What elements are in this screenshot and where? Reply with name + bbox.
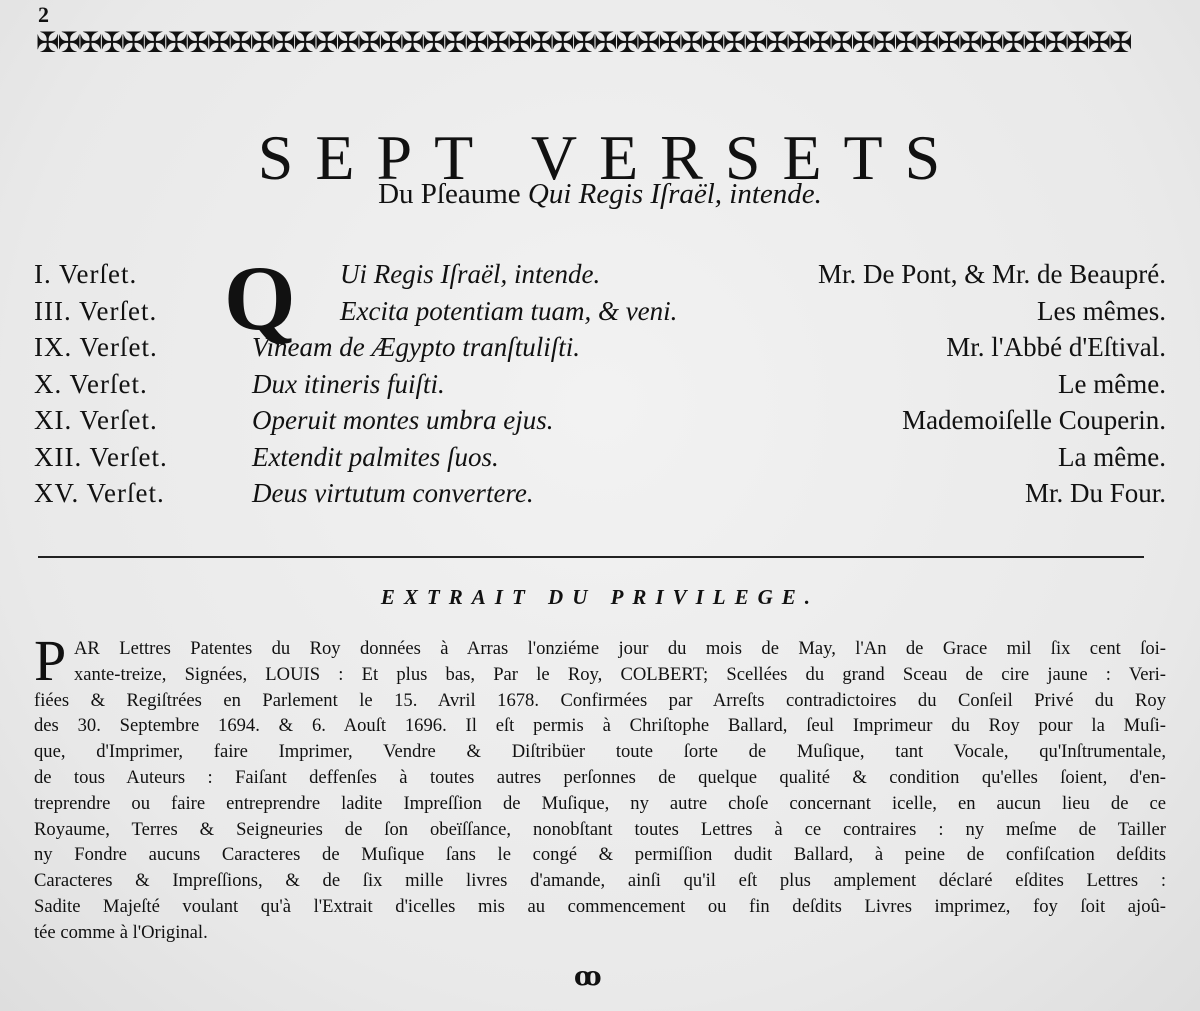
- privilege-title: EXTRAIT DU PRIVILEGE.: [0, 585, 1200, 610]
- subtitle-prefix: Du Pſeaume: [378, 178, 528, 210]
- verse-text: Operuit montes umbra ejus.: [252, 402, 553, 438]
- subtitle: Du Pſeaume Qui Regis Iſraël, intende.: [0, 178, 1200, 211]
- verse-singer: Mr. De Pont, & Mr. de Beaupré.: [818, 256, 1166, 292]
- verse-number: XV. Verſet.: [34, 475, 165, 511]
- verse-number: I. Verſet.: [34, 256, 137, 292]
- verse-text: Excita potentiam tuam, & veni.: [340, 293, 677, 329]
- verse-number: X. Verſet.: [34, 366, 148, 402]
- privilege-line: de tous Auteurs : Faiſant deffenſes à to…: [34, 765, 1166, 791]
- privilege-body: AR Lettres Patentes du Roy données à Arr…: [34, 636, 1166, 946]
- section-divider: [38, 556, 1144, 558]
- verse-row: XII. Verſet. Extendit palmites ſuos. La …: [34, 439, 1166, 476]
- privilege-line: Royaume, Terres & Seigneuries de ſon obe…: [34, 817, 1166, 843]
- verse-row: I. Verſet. Ui Regis Iſraël, intende. Mr.…: [34, 256, 1166, 293]
- verse-text: Vineam de Ægypto tranſtuliſti.: [252, 329, 580, 365]
- verse-text: Extendit palmites ſuos.: [252, 439, 499, 475]
- verse-number: XI. Verſet.: [34, 402, 158, 438]
- verse-row: X. Verſet. Dux itineris fuiſti. Le même.: [34, 366, 1166, 403]
- ornament-band-icon: ✠✠✠✠✠✠✠✠✠✠✠✠✠✠✠✠✠✠✠✠✠✠✠✠✠✠✠✠✠✠✠✠✠✠✠✠✠✠✠✠…: [36, 28, 1166, 58]
- privilege-line: treprendre ou faire entreprendre ladite …: [34, 791, 1166, 817]
- privilege-line: des 30. Septembre 1694. & 6. Aouſt 1696.…: [34, 713, 1166, 739]
- verse-singer: Mr. Du Four.: [1025, 475, 1166, 511]
- privilege-line: tée comme à l'Original.: [34, 920, 1166, 946]
- verse-text: Dux itineris fuiſti.: [252, 366, 445, 402]
- privilege-line: Sadite Majeſté voulant qu'à l'Extrait d'…: [34, 894, 1166, 920]
- fleuron-ornament-icon: ꝏ: [574, 962, 602, 992]
- verse-row: XI. Verſet. Operuit montes umbra ejus. M…: [34, 402, 1166, 439]
- privilege-line: xante-treize, Signées, LOUIS : Et plus b…: [34, 662, 1166, 688]
- verse-number: XII. Verſet.: [34, 439, 168, 475]
- privilege-line: Caracteres & Impreſſions, & de ſix mille…: [34, 868, 1166, 894]
- document-page: 2 ✠✠✠✠✠✠✠✠✠✠✠✠✠✠✠✠✠✠✠✠✠✠✠✠✠✠✠✠✠✠✠✠✠✠✠✠✠✠…: [0, 0, 1200, 1011]
- privilege-line: fiées & Regiſtrées en Parlement le 15. A…: [34, 688, 1166, 714]
- subtitle-psalm: Qui Regis Iſraël, intende.: [528, 178, 822, 210]
- page-number: 2: [38, 2, 49, 28]
- verse-number: III. Verſet.: [34, 293, 157, 329]
- verse-text: Ui Regis Iſraël, intende.: [340, 256, 600, 292]
- privilege-line: AR Lettres Patentes du Roy données à Arr…: [34, 636, 1166, 662]
- verse-singer: Le même.: [1058, 366, 1166, 402]
- verse-list: I. Verſet. Ui Regis Iſraël, intende. Mr.…: [34, 256, 1166, 512]
- verse-singer: Mr. l'Abbé d'Eſtival.: [946, 329, 1166, 365]
- verse-row: IX. Verſet. Vineam de Ægypto tranſtuliſt…: [34, 329, 1166, 366]
- privilege-line: ny Fondre aucuns Caracteres de Muſique ſ…: [34, 842, 1166, 868]
- verse-row: III. Verſet. Excita potentiam tuam, & ve…: [34, 293, 1166, 330]
- verse-text: Deus virtutum convertere.: [252, 475, 534, 511]
- privilege-line: que, d'Imprimer, faire Imprimer, Vendre …: [34, 739, 1166, 765]
- verse-row: XV. Verſet. Deus virtutum convertere. Mr…: [34, 475, 1166, 512]
- verse-number: IX. Verſet.: [34, 329, 158, 365]
- verse-singer: Mademoiſelle Couperin.: [902, 402, 1166, 438]
- verse-singer: La même.: [1058, 439, 1166, 475]
- verse-singer: Les mêmes.: [1037, 293, 1166, 329]
